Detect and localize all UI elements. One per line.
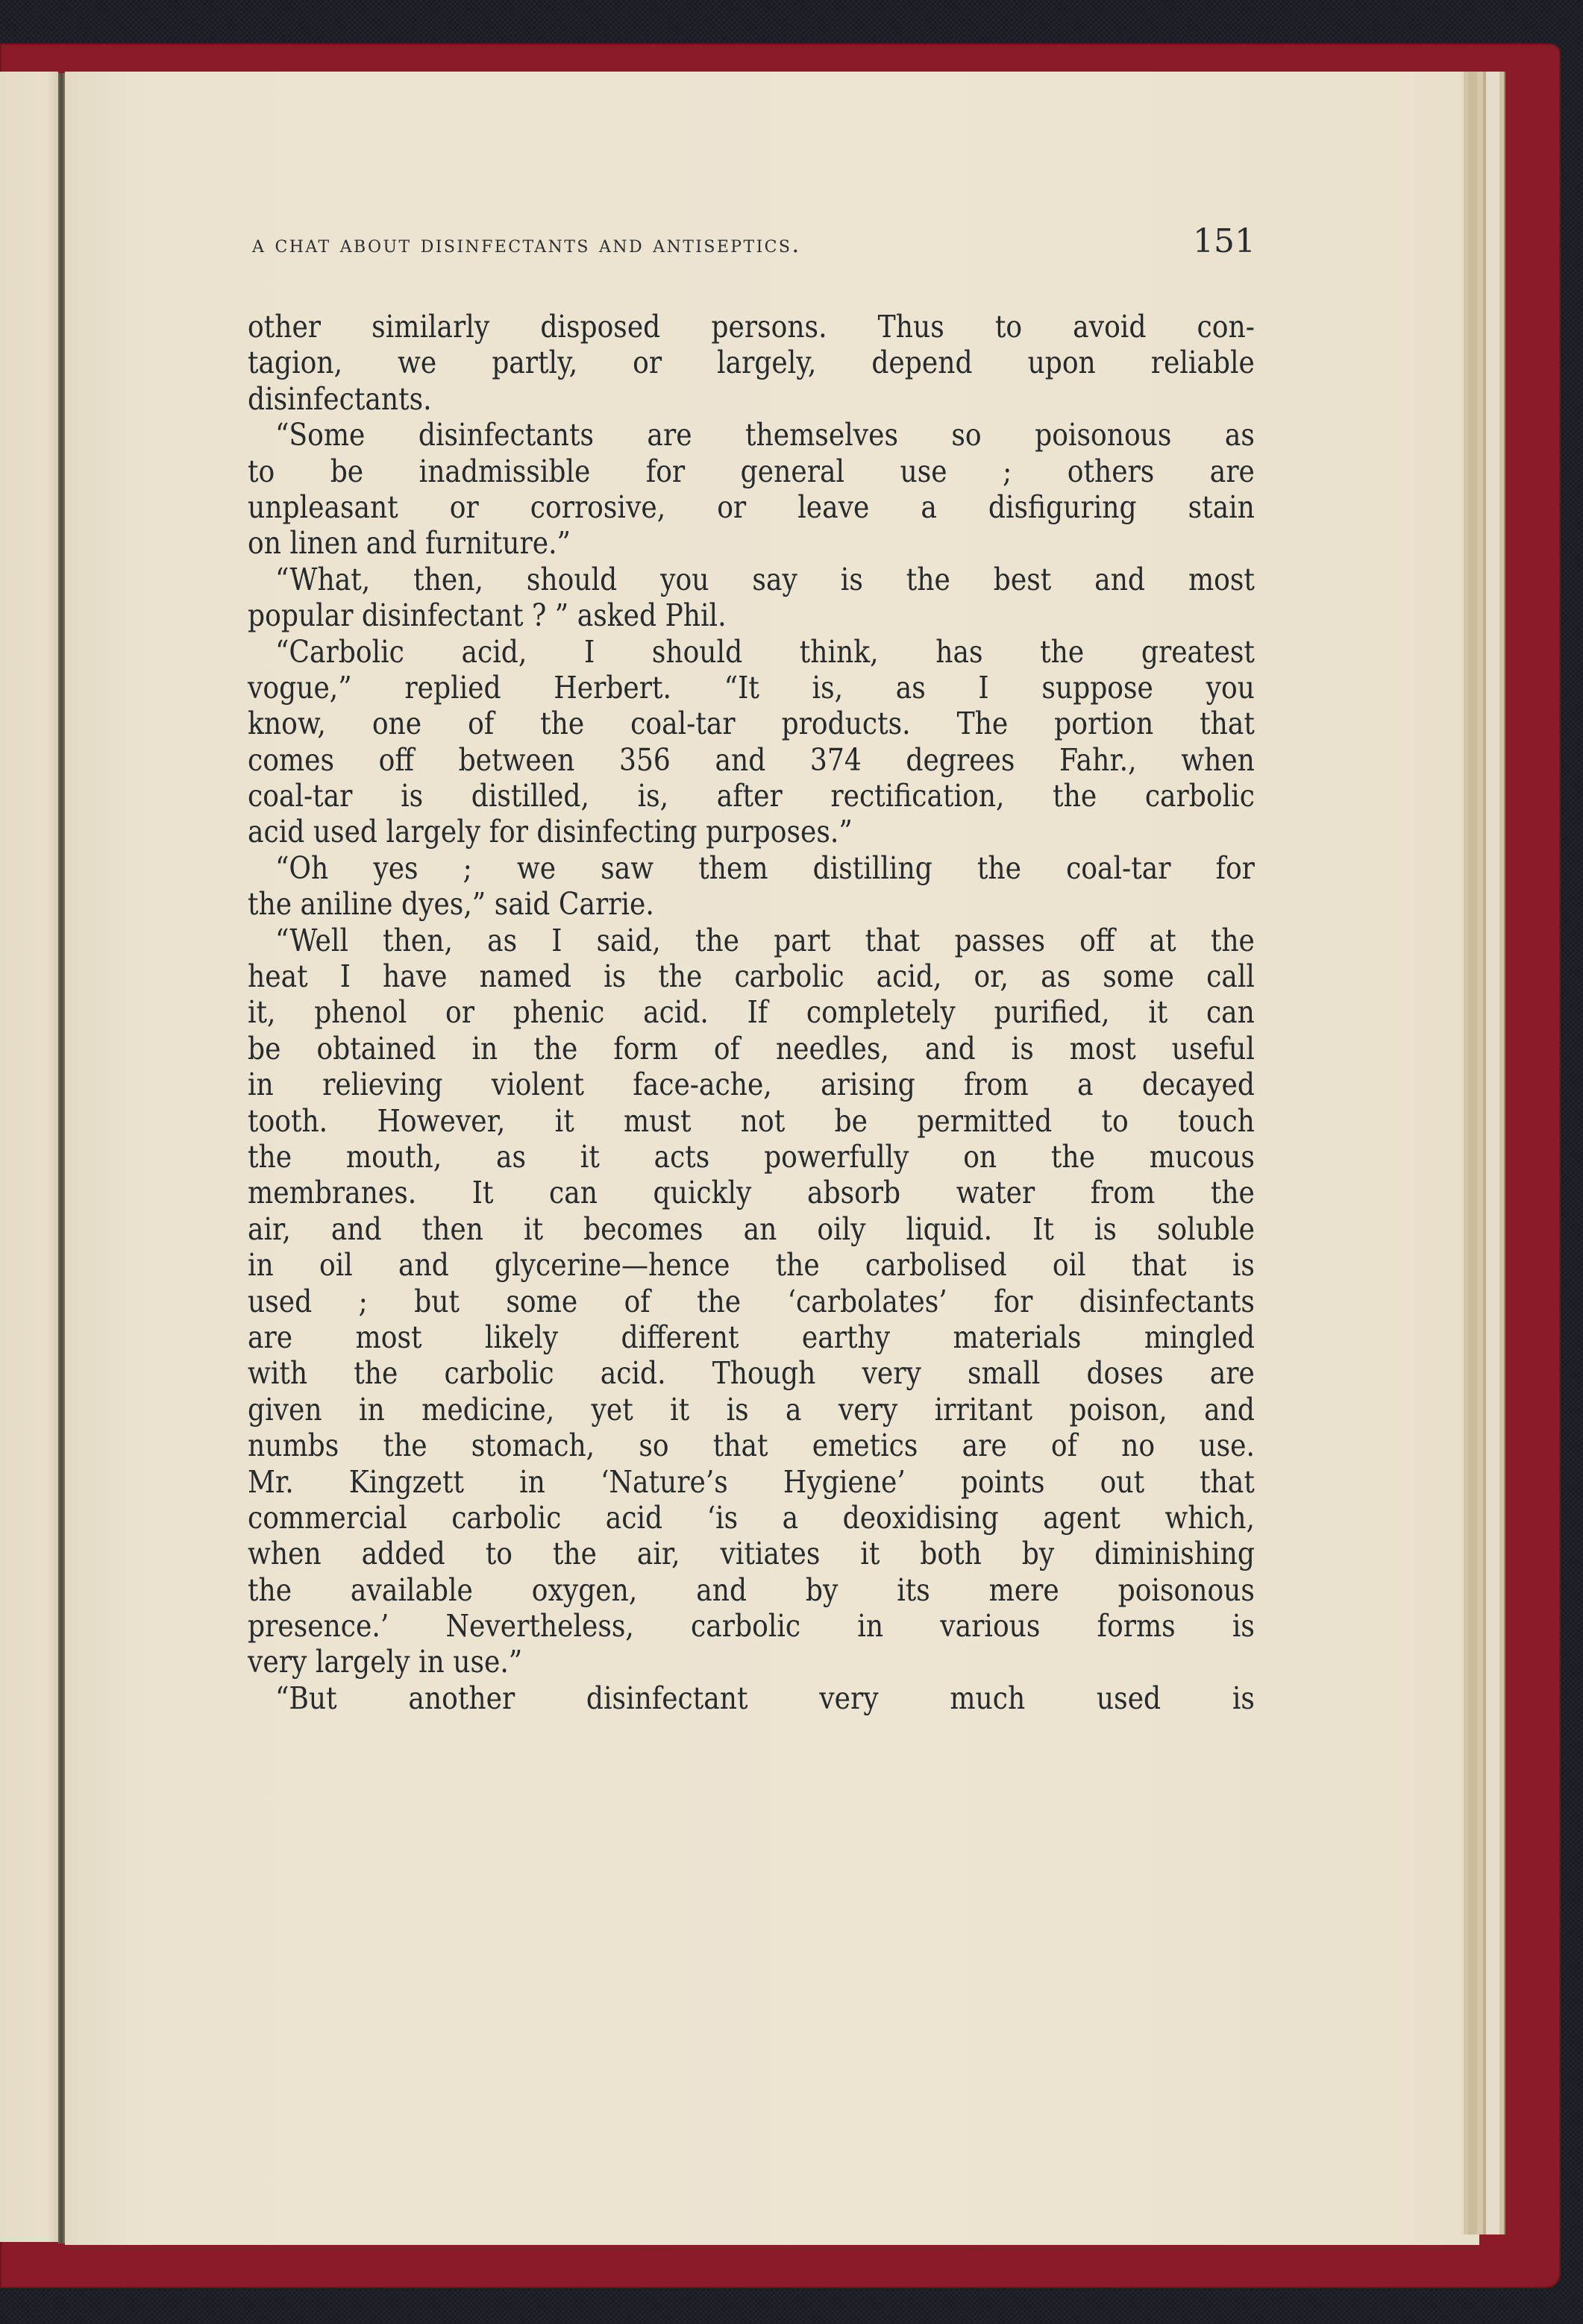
text-line: presence.’ Nevertheless, carbolic in var…	[248, 1608, 1255, 1644]
text-line: vogue,” replied Herbert. “It is, as I su…	[248, 670, 1255, 706]
text-line: know, one of the coal-tar products. The …	[248, 706, 1255, 741]
text-line: popular disinfectant ? ” asked Phil.	[248, 597, 1255, 633]
paragraph-first-line: “Carbolic acid, I should think, has the …	[248, 634, 1255, 670]
text-line: commercial carbolic acid ‘is a deoxidisi…	[248, 1500, 1255, 1536]
text-line: tooth. However, it must not be permitted…	[248, 1103, 1255, 1139]
paragraph-first-line: “What, then, should you say is the best …	[248, 562, 1255, 597]
paragraph-first-line: “Some disinfectants are themselves so po…	[248, 417, 1255, 453]
page-number: 151	[1193, 222, 1256, 260]
text-line: acid used largely for disinfecting purpo…	[248, 814, 1255, 849]
text-line: unpleasant or corrosive, or leave a disf…	[248, 489, 1255, 525]
text-line: given in medicine, yet it is a very irri…	[248, 1392, 1255, 1428]
text-line: comes off between 356 and 374 degrees Fa…	[248, 742, 1255, 778]
left-page-edge	[0, 72, 58, 2242]
text-line: to be inadmissible for general use ; oth…	[248, 453, 1255, 489]
text-line: membranes. It can quickly absorb water f…	[248, 1175, 1255, 1210]
text-line: numbs the stomach, so that emetics are o…	[248, 1428, 1255, 1463]
text-line: tagion, we partly, or largely, depend up…	[248, 345, 1255, 380]
running-title: A CHAT ABOUT DISINFECTANTS AND ANTISEPTI…	[252, 231, 801, 258]
text-line: disinfectants.	[248, 381, 1255, 417]
page-stack-edges	[1461, 72, 1513, 2235]
paragraph-first-line: “But another disinfectant very much used…	[248, 1680, 1255, 1716]
text-line: used ; but some of the ‘carbolates’ for …	[248, 1284, 1255, 1319]
text-line: heat I have named is the carbolic acid, …	[248, 958, 1255, 994]
text-line: it, phenol or phenic acid. If completely…	[248, 994, 1255, 1030]
text-line: with the carbolic acid. Though very smal…	[248, 1355, 1255, 1391]
text-line: coal-tar is distilled, is, after rectifi…	[248, 778, 1255, 814]
text-line: the available oxygen, and by its mere po…	[248, 1572, 1255, 1608]
paragraph-first-line: “Well then, as I said, the part that pas…	[248, 923, 1255, 958]
text-line: on linen and furniture.”	[248, 525, 1255, 561]
text-line: are most likely different earthy materia…	[248, 1319, 1255, 1355]
paragraph-first-line: “Oh yes ; we saw them distilling the coa…	[248, 850, 1255, 886]
text-line: other similarly disposed persons. Thus t…	[248, 309, 1255, 345]
text-line: be obtained in the form of needles, and …	[248, 1031, 1255, 1067]
text-line: when added to the air, vitiates it both …	[248, 1536, 1255, 1571]
text-line: in relieving violent face-ache, arising …	[248, 1067, 1255, 1102]
text-line: very largely in use.”	[248, 1644, 1255, 1680]
text-line: the aniline dyes,” said Carrie.	[248, 886, 1255, 922]
text-line: the mouth, as it acts powerfully on the …	[248, 1139, 1255, 1175]
running-header: A CHAT ABOUT DISINFECTANTS AND ANTISEPTI…	[252, 222, 1256, 267]
text-line: Mr. Kingzett in ‘Nature’s Hygiene’ point…	[248, 1464, 1255, 1500]
text-line: air, and then it becomes an oily liquid.…	[248, 1211, 1255, 1247]
book-gutter	[58, 73, 65, 2243]
text-line: in oil and glycerine—hence the carbolise…	[248, 1247, 1255, 1283]
body-text: other similarly disposed persons. Thus t…	[248, 309, 1134, 1716]
